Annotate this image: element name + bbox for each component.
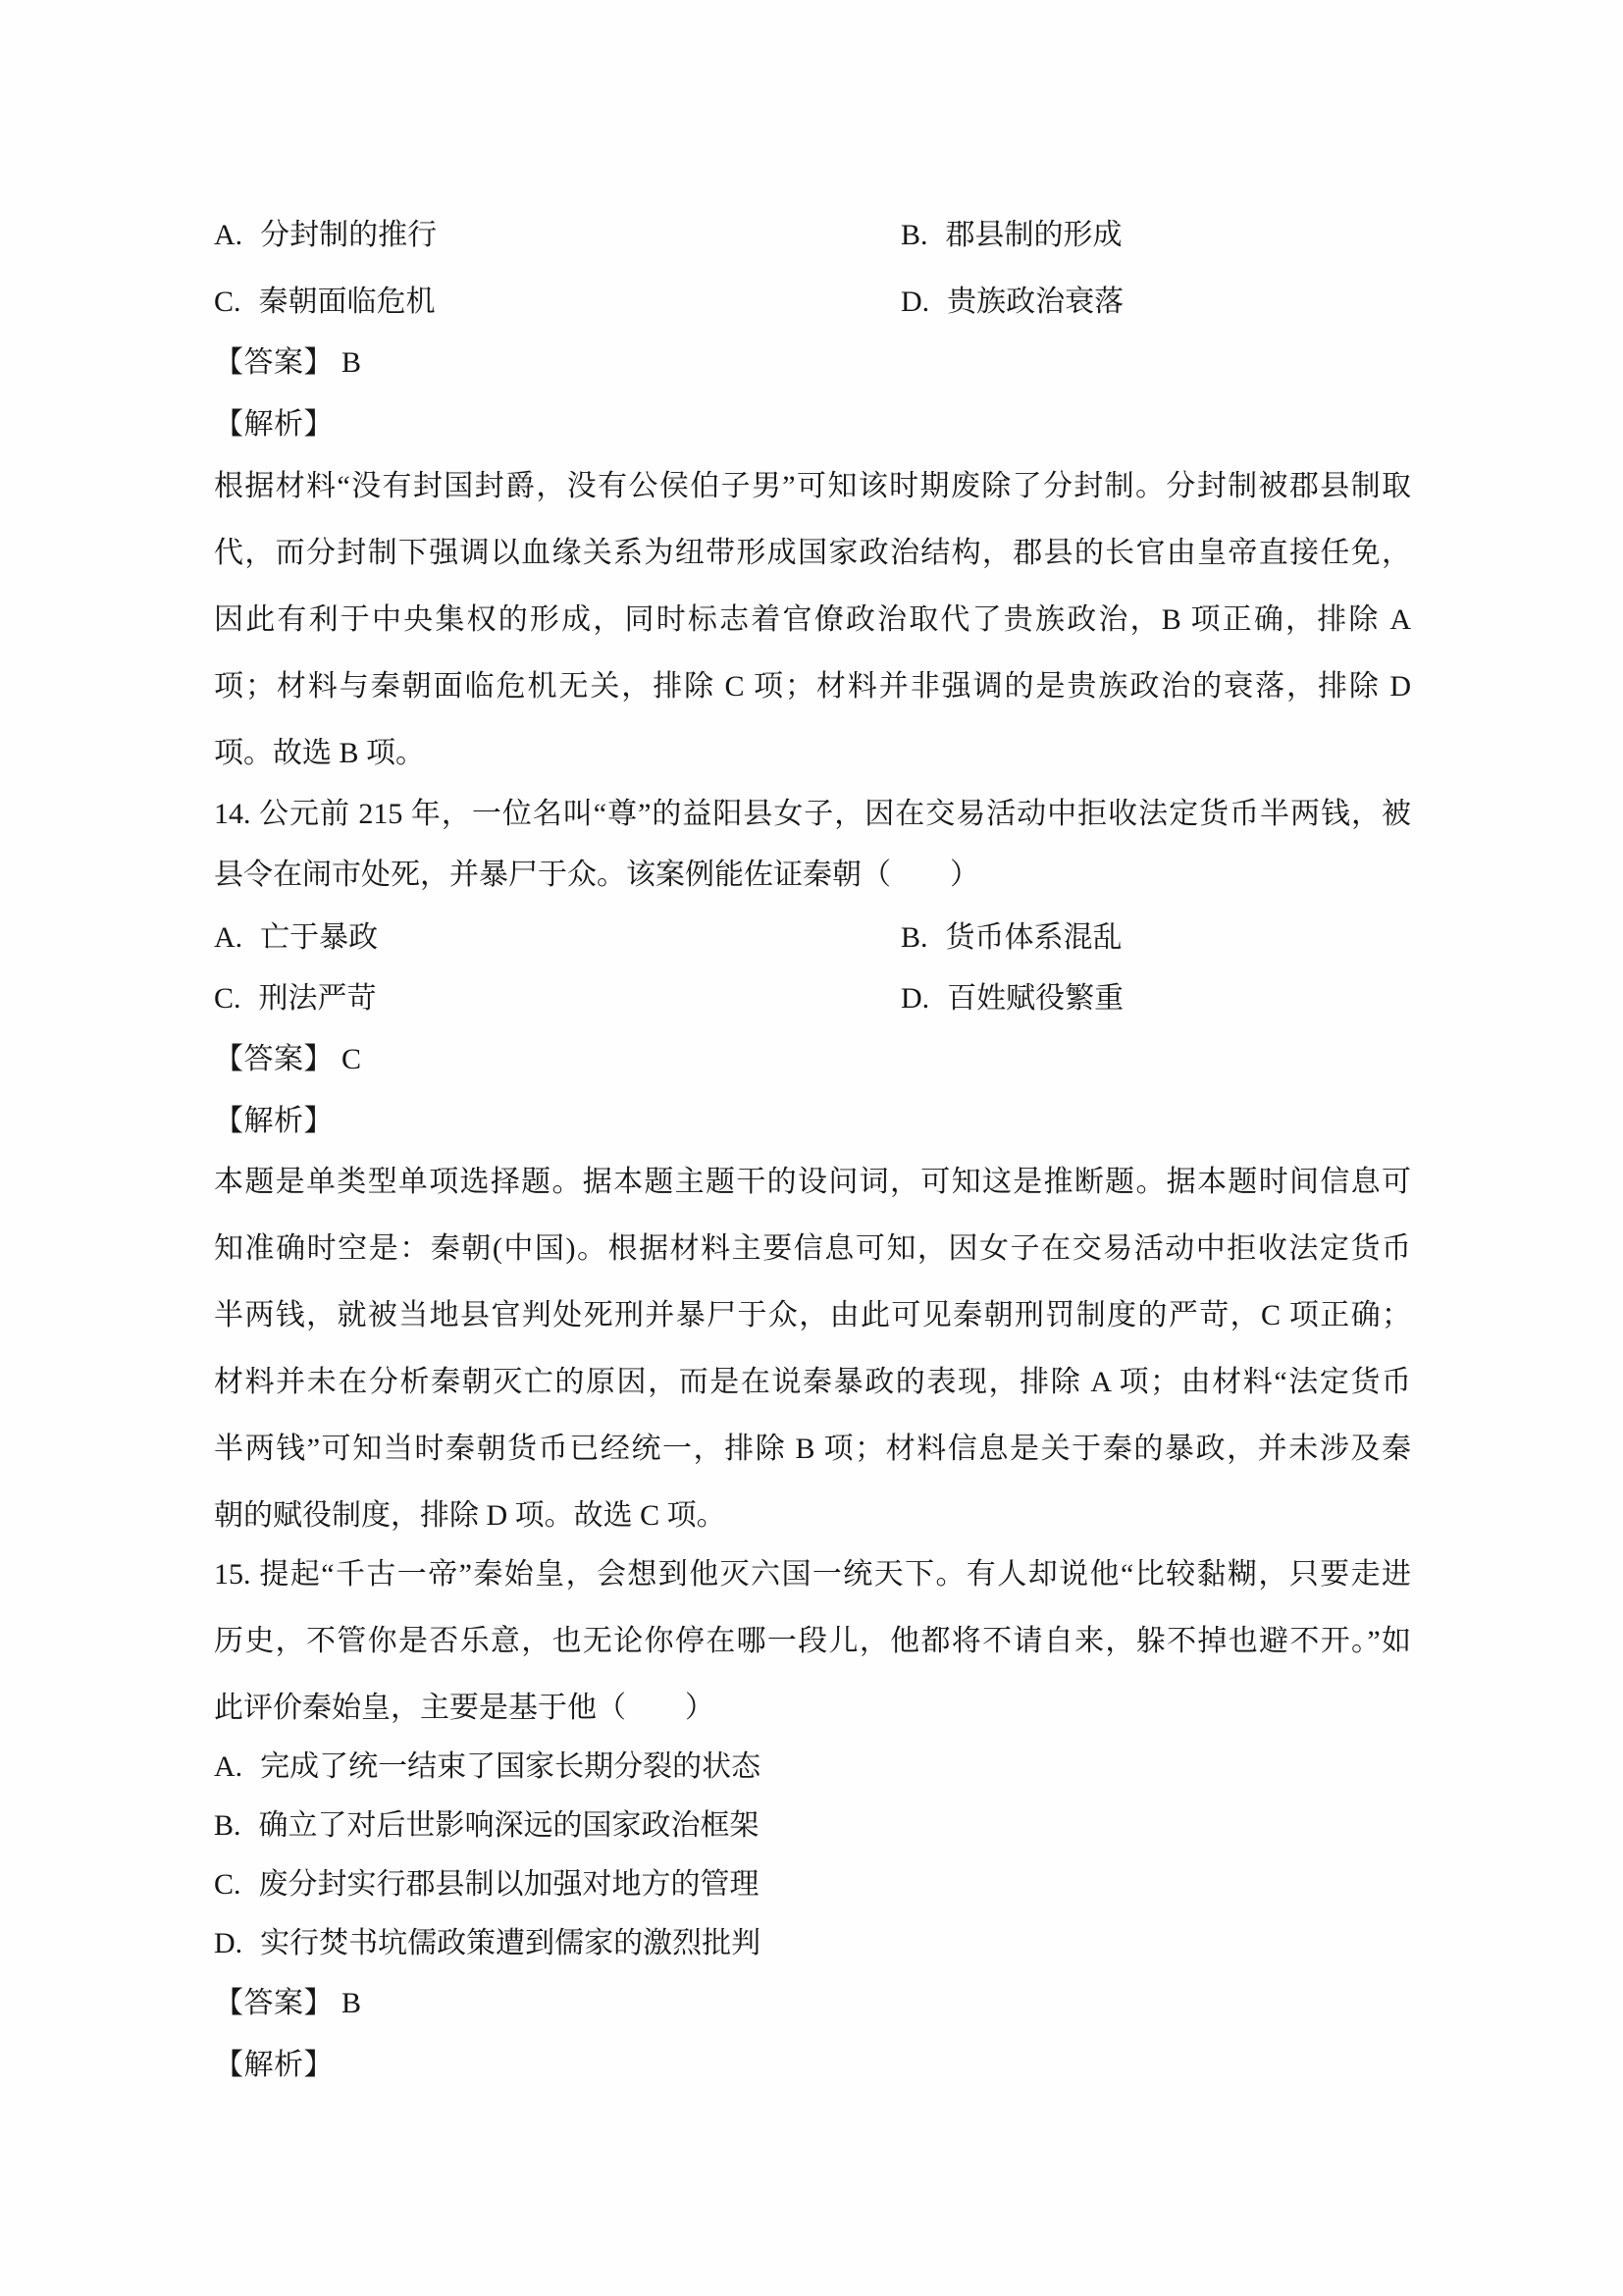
q15-option-b-label: B.	[214, 1809, 241, 1842]
q14-option-a-text: 亡于暴政	[260, 921, 378, 954]
q13-answer-line: 【答案】B	[214, 345, 1411, 381]
q14-option-d-label: D.	[901, 982, 929, 1015]
q15-option-a-text: 完成了统一结束了国家长期分裂的状态	[260, 1750, 760, 1783]
q13-option-d-label: D.	[901, 286, 929, 318]
q15-option-a: A.完成了统一结束了国家长期分裂的状态	[214, 1749, 1411, 1785]
q15-option-d: D.实行焚书坑儒政策遭到儒家的激烈批判	[214, 1926, 1411, 1961]
q15-stem-line-2: 历史，不管你是否乐意，也无论你停在哪一段儿，他都将不请自来，躲不掉也避不开。”如	[214, 1624, 1411, 1659]
q13-option-a-text: 分封制的推行	[260, 219, 437, 251]
answer-tag: 【答案】	[214, 346, 334, 379]
q15-option-c: C.废分封实行郡县制以加强对地方的管理	[214, 1867, 1411, 1903]
q14-answer-value: C	[341, 1043, 361, 1075]
q13-analysis-line-5: 项。故选 B 项。	[214, 736, 1411, 771]
q14-option-b-text: 货币体系混乱	[946, 921, 1123, 954]
q13-option-c-label: C.	[214, 286, 241, 318]
q13-analysis-line-3: 因此有利于中央集权的形成，同时标志着官僚政治取代了贵族政治，B 项正确，排除 A	[214, 602, 1411, 638]
q14-option-b: B.货币体系混乱	[901, 920, 1411, 956]
q14-analysis-line-3: 半两钱，就被当地县官判处死刑并暴尸于众，由此可见秦朝刑罚制度的严苛，C 项正确；	[214, 1298, 1411, 1333]
q15-option-c-text: 废分封实行郡县制以加强对地方的管理	[259, 1868, 759, 1901]
q14-analysis-line-5: 半两钱”可知当时秦朝货币已经统一，排除 B 项；材料信息是关于秦的暴政，并未涉及…	[214, 1432, 1411, 1467]
answer-tag: 【答案】	[214, 1043, 334, 1075]
q13-option-d: D.贵族政治衰落	[901, 285, 1411, 320]
document-page: A.分封制的推行 B.郡县制的形成 C.秦朝面临危机 D.贵族政治衰落 【答案】…	[0, 0, 1623, 2296]
q14-analysis-tag: 【解析】	[214, 1104, 1411, 1139]
q13-analysis-line-1: 根据材料“没有封国封爵，没有公侯伯子男”可知该时期废除了分封制。分封制被郡县制取	[214, 469, 1411, 504]
q15-option-d-text: 实行焚书坑儒政策遭到儒家的激烈批判	[260, 1927, 760, 1959]
q15-option-d-label: D.	[214, 1927, 242, 1959]
q13-analysis-line-2: 代，而分封制下强调以血缘关系为纽带形成国家政治结构，郡县的长官由皇帝直接任免，	[214, 536, 1411, 571]
q15-answer-line: 【答案】B	[214, 1986, 1411, 2021]
q14-answer-line: 【答案】C	[214, 1042, 1411, 1077]
q15-option-b-text: 确立了对后世影响深远的国家政治框架	[259, 1809, 759, 1842]
q14-stem-line-1: 14. 公元前 215 年，一位名叫“尊”的益阳县女子，因在交易活动中拒收法定货…	[214, 797, 1411, 832]
q14-option-d-text: 百姓赋役繁重	[947, 982, 1124, 1015]
q15-answer-value: B	[341, 1987, 361, 2019]
q15-stem-line-3: 此评价秦始皇，主要是基于他（ ）	[214, 1691, 1411, 1726]
q14-stem-line-2: 县令在闹市处死，并暴尸于众。该案例能佐证秦朝（ ）	[214, 858, 1411, 893]
q14-option-b-label: B.	[901, 921, 928, 954]
q14-analysis-line-1: 本题是单类型单项选择题。据本题主题干的设问词，可知这是推断题。据本题时间信息可	[214, 1165, 1411, 1200]
q13-answer-value: B	[341, 346, 361, 379]
q15-analysis-tag: 【解析】	[214, 2048, 1411, 2083]
q13-analysis-tag: 【解析】	[214, 407, 1411, 443]
q13-option-a-label: A.	[214, 219, 242, 251]
q14-analysis-line-6: 朝的赋役制度，排除 D 项。故选 C 项。	[214, 1498, 1411, 1534]
q14-option-c-label: C.	[214, 982, 241, 1015]
q13-analysis-line-4: 项；材料与秦朝面临危机无关，排除 C 项；材料并非强调的是贵族政治的衰落，排除 …	[214, 669, 1411, 704]
q14-option-d: D.百姓赋役繁重	[901, 981, 1411, 1017]
q15-option-a-label: A.	[214, 1750, 242, 1783]
q13-option-b-text: 郡县制的形成	[946, 219, 1123, 251]
q13-option-c-text: 秦朝面临危机	[259, 286, 436, 318]
q15-option-b: B.确立了对后世影响深远的国家政治框架	[214, 1808, 1411, 1844]
q14-analysis-line-4: 材料并未在分析秦朝灭亡的原因，而是在说秦暴政的表现，排除 A 项；由材料“法定货…	[214, 1365, 1411, 1400]
q13-option-b-label: B.	[901, 219, 928, 251]
answer-tag: 【答案】	[214, 1987, 334, 2019]
q13-option-d-text: 贵族政治衰落	[947, 286, 1124, 318]
q15-stem-line-1: 15. 提起“千古一帝”秦始皇，会想到他灭六国一统天下。有人却说他“比较黏糊，只…	[214, 1557, 1411, 1592]
q14-analysis-line-2: 知准确时空是：秦朝(中国)。根据材料主要信息可知，因女子在交易活动中拒收法定货币	[214, 1231, 1411, 1267]
q15-option-c-label: C.	[214, 1868, 241, 1901]
q14-option-c-text: 刑法严苛	[259, 982, 377, 1015]
q14-option-a-label: A.	[214, 921, 242, 954]
q13-option-b: B.郡县制的形成	[901, 218, 1411, 253]
